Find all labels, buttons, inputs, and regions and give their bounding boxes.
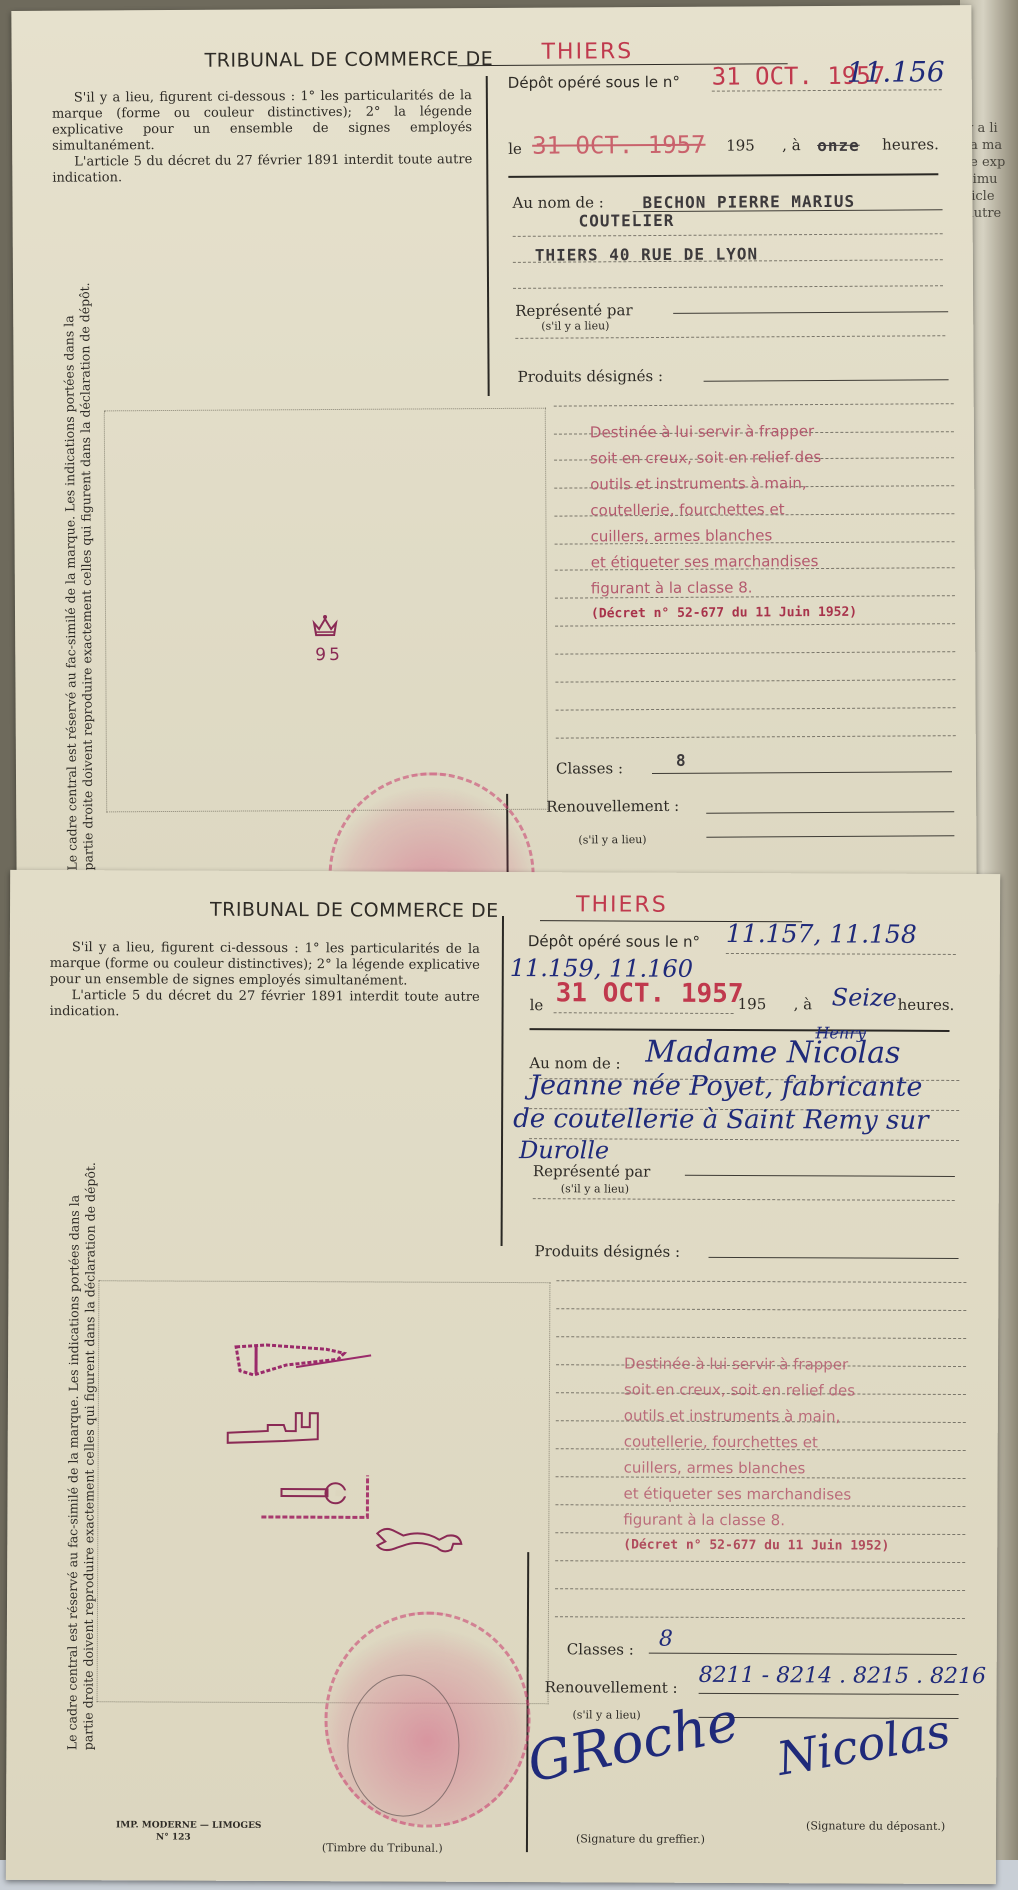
time-value: Seize [832, 983, 897, 1011]
renewal-label: Renouvellement : [545, 1678, 678, 1697]
products-label: Produits désignés : [535, 1242, 681, 1261]
products-line [556, 1280, 966, 1283]
crown-icon [311, 613, 339, 643]
renewal-line-1 [699, 1693, 959, 1695]
classes-line [652, 771, 952, 774]
depositor-signature: Nicolas [773, 1703, 954, 1786]
renewal-line-2 [706, 835, 954, 838]
clerk-signature: GRoche [522, 1690, 744, 1795]
printer-name: IMP. MODERNE — LIMOGES [116, 1820, 261, 1831]
date-label: le [530, 996, 544, 1014]
side-note: Le cadre central est réservé au fac-simi… [61, 282, 97, 870]
represented-label: Représenté par [533, 1162, 651, 1181]
deposit-number-value: 11.156 [847, 55, 945, 89]
time-value: onze [817, 136, 860, 155]
represented-line-2 [515, 335, 945, 339]
tribunal-title: TRIBUNAL DE COMMERCE DE [205, 48, 494, 72]
classes-line [649, 1653, 957, 1655]
products-line-0 [709, 1257, 959, 1259]
date-divider [530, 1028, 950, 1032]
represented-field[interactable] [685, 1175, 955, 1177]
classes-value: 8 [676, 751, 687, 770]
renewal-sub: (s'il y a lieu) [578, 833, 646, 846]
holder-profession: COUTELIER [579, 211, 675, 231]
products-line [556, 1336, 966, 1339]
deposit-number-value: 11.157, 11.158 [726, 919, 917, 949]
stamp-caption: (Timbre du Tribunal.) [322, 1841, 443, 1855]
open-end-wrench-icon [373, 1523, 463, 1561]
products-line [556, 707, 956, 710]
depositor-caption: (Signature du déposant.) [806, 1819, 945, 1833]
holder-line-4-text: Durolle [519, 1136, 609, 1164]
holder-line-3-text: de coutellerie à Saint Remy sur [513, 1104, 929, 1136]
deposit-number-line [726, 953, 956, 955]
date-label: le [508, 140, 522, 158]
holder-name: Madame Nicolas [645, 1035, 900, 1071]
holder-line-4 [513, 285, 943, 289]
instructions: S'il y a lieu, figurent ci-dessous : 1° … [52, 88, 473, 187]
products-line [554, 403, 954, 406]
holder-label: Au nom de : [512, 193, 603, 212]
represented-label: Représenté par [515, 301, 633, 320]
represented-sub: (s'il y a lieu) [561, 1182, 629, 1195]
tribunal-seal-stamp [324, 1611, 531, 1828]
classes-value: 8 [659, 1627, 673, 1652]
represented-field[interactable] [673, 311, 948, 314]
spanner-icon [260, 1369, 372, 1421]
deposit-number-line [712, 89, 942, 91]
printer-number: N° 123 [156, 1832, 191, 1842]
represented-sub: (s'il y a lieu) [541, 319, 609, 332]
date-divider [508, 173, 938, 178]
products-line [555, 1560, 965, 1563]
products-stamp: Destinée à lui servir à frapper soit en … [623, 1351, 890, 1560]
products-line [556, 735, 956, 738]
products-line [555, 679, 955, 682]
city-stamp: THIERS [542, 39, 634, 65]
classes-label: Classes : [556, 759, 623, 777]
holder-line-2-text: Jeanne née Poyet, fabricante [529, 1070, 922, 1103]
products-line [555, 651, 955, 654]
date-stamp: 31 OCT. 1957 [556, 978, 744, 1009]
mark-number: 95 [315, 645, 343, 665]
deposit-number-label: Dépôt opéré sous le n° [528, 932, 700, 951]
products-label: Produits désignés : [518, 367, 664, 386]
instructions: S'il y a lieu, figurent ci-dessous : 1° … [50, 940, 480, 1022]
tribunal-title: TRIBUNAL DE COMMERCE DE [210, 899, 499, 922]
products-line [555, 1616, 965, 1619]
date-stamp: 31 OCT. 1957 [532, 131, 706, 160]
time-suffix: heures. [898, 996, 955, 1014]
time-label: , à [794, 995, 813, 1013]
deposit-form-1: TRIBUNAL DE COMMERCE DE THIERS S'il y a … [11, 5, 976, 891]
year-prefix: 195 [738, 995, 767, 1013]
deposit-number-label: Dépôt opéré sous le n° [508, 73, 680, 92]
mark-facsimile-box [104, 408, 548, 813]
renewal-field[interactable] [706, 811, 954, 814]
divider-top [501, 916, 504, 1246]
time-suffix: heures. [882, 135, 939, 153]
renewal-label: Renouvellement : [546, 797, 679, 816]
time-label: , à [782, 136, 801, 154]
city-stamp: THIERS [576, 892, 668, 917]
divider-top [486, 76, 490, 396]
holder-line-2 [513, 233, 943, 237]
renewal-value[interactable]: 8211 - 8214 . 8215 . 8216 [699, 1663, 986, 1689]
classes-label: Classes : [567, 1640, 634, 1658]
clerk-caption: (Signature du greffier.) [576, 1832, 705, 1846]
products-stamp: Destinée à lui servir à frapper soit en … [590, 418, 857, 628]
date-line [554, 1012, 734, 1014]
year-prefix: 195 [726, 136, 755, 154]
products-line-0 [704, 379, 949, 381]
products-line [555, 1588, 965, 1591]
deposit-form-2: TRIBUNAL DE COMMERCE DE THIERS S'il y a … [6, 870, 1000, 1884]
side-note: Le cadre central est réservé au fac-simi… [64, 1162, 99, 1750]
products-line [556, 1308, 966, 1311]
represented-line-2 [533, 1198, 955, 1201]
